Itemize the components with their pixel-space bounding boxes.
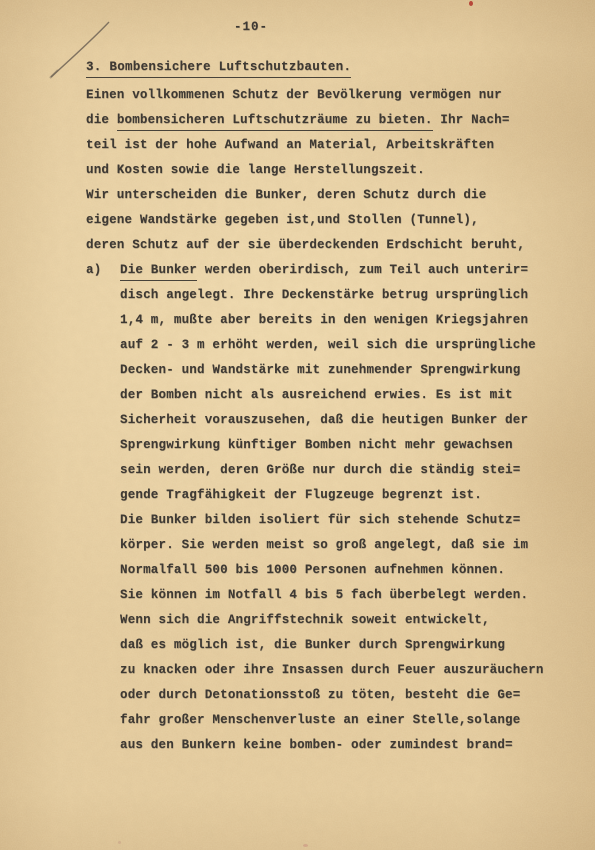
text-line: oder durch Detonationsstoß zu töten, bes…: [86, 683, 575, 708]
text-segment: werden oberirdisch, zum Teil auch unteri…: [197, 263, 528, 277]
section-heading-text: 3. Bombensichere Luftschutzbauten.: [86, 60, 351, 78]
document-body: Einen vollkommenen Schutz der Bevölkerun…: [0, 83, 595, 758]
text-segment: deren Schutz auf der sie überdeckenden E…: [86, 238, 525, 252]
text-line: Decken- und Wandstärke mit zunehmender S…: [86, 358, 575, 383]
text-segment: disch angelegt. Ihre Deckenstärke betrug…: [120, 288, 528, 302]
text-segment: Wenn sich die Angriffstechnik soweit ent…: [120, 613, 490, 627]
text-segment: sein werden, deren Größe nur durch die s…: [120, 463, 520, 477]
underlined-text: bombensicheren Luftschutzräume zu bieten…: [117, 113, 433, 131]
underlined-text: Die Bunker: [120, 263, 197, 281]
pink-ink-speck: [118, 841, 121, 844]
text-line: der Bomben nicht als ausreichend erwies.…: [86, 383, 575, 408]
text-line: disch angelegt. Ihre Deckenstärke betrug…: [86, 283, 575, 308]
text-line: eigene Wandstärke gegeben ist,und Stolle…: [86, 208, 575, 233]
text-line: Die Bunker bilden isoliert für sich steh…: [86, 508, 575, 533]
text-line: Wir unterscheiden die Bunker, deren Schu…: [86, 183, 575, 208]
text-segment: gende Tragfähigkeit der Flugzeuge begren…: [120, 488, 482, 502]
text-line: die bombensicheren Luftschutzräume zu bi…: [86, 108, 575, 133]
text-line: gende Tragfähigkeit der Flugzeuge begren…: [86, 483, 575, 508]
red-ink-speck: [469, 1, 473, 6]
text-segment: oder durch Detonationsstoß zu töten, bes…: [120, 688, 520, 702]
text-segment: Sie können im Notfall 4 bis 5 fach überb…: [120, 588, 528, 602]
text-segment: der Bomben nicht als ausreichend erwies.…: [120, 388, 513, 402]
text-line: fahr großer Menschenverluste an einer St…: [86, 708, 575, 733]
text-line: Wenn sich die Angriffstechnik soweit ent…: [86, 608, 575, 633]
text-line: deren Schutz auf der sie überdeckenden E…: [86, 233, 575, 258]
text-segment: Ihr Nach=: [433, 113, 510, 127]
page-number: -10-: [234, 15, 268, 40]
text-segment: und Kosten sowie die lange Herstellungsz…: [86, 163, 425, 177]
text-line: teil ist der hohe Aufwand an Material, A…: [86, 133, 575, 158]
text-segment: a): [86, 258, 120, 283]
text-line: auf 2 - 3 m erhöht werden, weil sich die…: [86, 333, 575, 358]
text-segment: Wir unterscheiden die Bunker, deren Schu…: [86, 188, 486, 202]
pink-ink-speck: [303, 844, 308, 847]
text-line: zu knacken oder ihre Insassen durch Feue…: [86, 658, 575, 683]
text-segment: fahr großer Menschenverluste an einer St…: [120, 713, 520, 727]
text-segment: die: [86, 113, 117, 127]
text-line: körper. Sie werden meist so groß angeleg…: [86, 533, 575, 558]
text-segment: Normalfall 500 bis 1000 Personen aufnehm…: [120, 563, 505, 577]
text-segment: 1,4 m, mußte aber bereits in den wenigen…: [120, 313, 528, 327]
text-segment: Einen vollkommenen Schutz der Bevölkerun…: [86, 88, 502, 102]
text-segment: Decken- und Wandstärke mit zunehmender S…: [120, 363, 520, 377]
text-line: sein werden, deren Größe nur durch die s…: [86, 458, 575, 483]
text-segment: zu knacken oder ihre Insassen durch Feue…: [120, 663, 544, 677]
text-line: aus den Bunkern keine bomben- oder zumin…: [86, 733, 575, 758]
text-line: Normalfall 500 bis 1000 Personen aufnehm…: [86, 558, 575, 583]
text-segment: körper. Sie werden meist so groß angeleg…: [120, 538, 528, 552]
text-segment: daß es möglich ist, die Bunker durch Spr…: [120, 638, 505, 652]
text-segment: aus den Bunkern keine bomben- oder zumin…: [120, 738, 513, 752]
text-line: und Kosten sowie die lange Herstellungsz…: [86, 158, 575, 183]
text-segment: Sicherheit vorauszusehen, daß die heutig…: [120, 413, 528, 427]
text-segment: Die Bunker bilden isoliert für sich steh…: [120, 513, 520, 527]
text-line: daß es möglich ist, die Bunker durch Spr…: [86, 633, 575, 658]
text-line: Sprengwirkung künftiger Bomben nicht meh…: [86, 433, 575, 458]
text-segment: eigene Wandstärke gegeben ist,und Stolle…: [86, 213, 479, 227]
text-line: a) Die Bunker werden oberirdisch, zum Te…: [86, 258, 575, 283]
text-line: Einen vollkommenen Schutz der Bevölkerun…: [86, 83, 575, 108]
text-segment: teil ist der hohe Aufwand an Material, A…: [86, 138, 494, 152]
text-line: 1,4 m, mußte aber bereits in den wenigen…: [86, 308, 575, 333]
text-line: Sicherheit vorauszusehen, daß die heutig…: [86, 408, 575, 433]
text-segment: Sprengwirkung künftiger Bomben nicht meh…: [120, 438, 513, 452]
text-line: Sie können im Notfall 4 bis 5 fach überb…: [86, 583, 575, 608]
text-segment: auf 2 - 3 m erhöht werden, weil sich die…: [120, 338, 536, 352]
section-heading: 3. Bombensichere Luftschutzbauten.: [86, 55, 351, 80]
scanned-document-page: -10- 3. Bombensichere Luftschutzbauten. …: [0, 0, 595, 850]
